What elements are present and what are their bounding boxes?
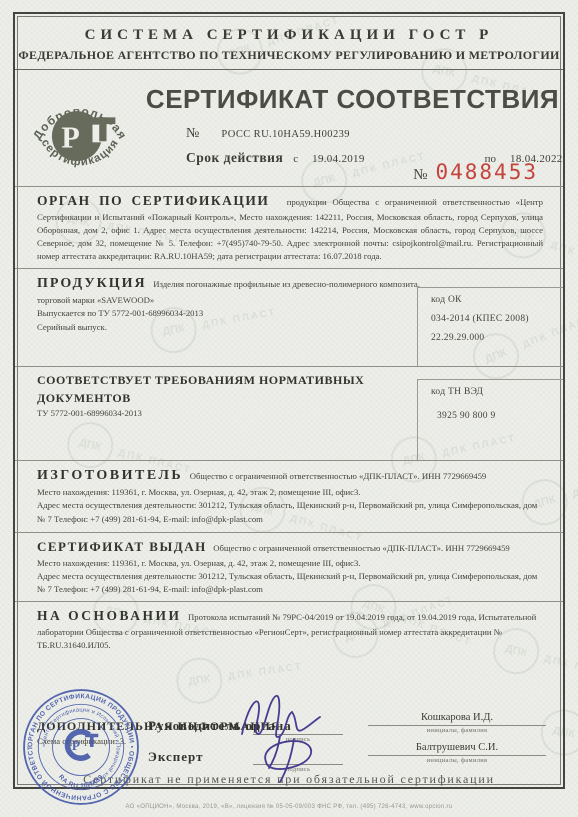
head-name-field: Кошкарова И.Д. инициалы, фамилия	[368, 712, 546, 734]
certification-body-label: ОРГАН ПО СЕРТИФИКАЦИИ	[37, 193, 269, 208]
manufacturer-name: Общество с ограниченной ответственностью…	[190, 471, 487, 481]
section-product: ПРОДУКЦИЯ Изделия погонажные профильные …	[15, 268, 563, 366]
stamp-center-mark: Р	[67, 732, 98, 758]
header: СИСТЕМА СЕРТИФИКАЦИИ ГОСТ Р ФЕДЕРАЛЬНОЕ …	[15, 14, 563, 70]
agency-title: ФЕДЕРАЛЬНОЕ АГЕНТСТВО ПО ТЕХНИЧЕСКОМУ РЕ…	[15, 48, 563, 63]
product-tu-line: Выпускается по ТУ 5772-001-68996034-2013	[37, 307, 425, 320]
expert-name-field: Балтрушевич С.И. инициалы, фамилия	[368, 742, 546, 764]
certification-system-title: СИСТЕМА СЕРТИФИКАЦИИ ГОСТ Р	[15, 27, 563, 44]
code-ok-label: код ОК	[431, 295, 559, 305]
section-certification-body: ОРГАН ПО СЕРТИФИКАЦИИ продукции Общества…	[15, 186, 563, 268]
product-label: ПРОДУКЦИЯ	[37, 276, 147, 291]
manufacturer-activity-address: Адрес места осуществления деятельности: …	[37, 499, 543, 525]
conformity-label: СООТВЕТСТВУЕТ ТРЕБОВАНИЯМ НОРМАТИВНЫХ ДО…	[37, 373, 364, 405]
expert-role-label: Эксперт	[148, 749, 203, 765]
blank-number-row: № 0488453	[413, 160, 538, 184]
certificate-title: СЕРТИФИКАТ СООТВЕТСТВИЯ	[145, 84, 560, 115]
validity-from-label: с	[293, 153, 298, 165]
code-ok-value1: 034-2014 (КПЕС 2008)	[431, 314, 559, 324]
code-tnved-value: 3925 90 800 9	[431, 411, 559, 421]
manufacturer-address: Место нахождения: 119361, г. Москва, ул.…	[37, 486, 543, 499]
validity-from-date: 19.04.2019	[312, 153, 365, 165]
basis-label: НА ОСНОВАНИИ	[37, 608, 181, 623]
section-issued-to: СЕРТИФИКАТ ВЫДАН Общество с ограниченной…	[15, 532, 563, 601]
stamp-inner-text: «Центр Сертификации и Испытаний «Пожарны…	[41, 707, 120, 786]
code-tnved-label: код ТН ВЭД	[431, 387, 559, 397]
product-serial-line: Серийный выпуск.	[37, 321, 425, 334]
number-sign: №	[186, 126, 199, 141]
blank-number: 0488453	[435, 160, 538, 184]
issued-to-name: Общество с ограниченной ответственностью…	[213, 543, 510, 553]
svg-text:«Центр Сертификации и Испытани: «Центр Сертификации и Испытаний «Пожарны…	[41, 707, 120, 786]
expert-signature-ink	[242, 736, 352, 786]
stamp-letter-r: Р	[72, 738, 80, 753]
registration-number: РОСС RU.10НА59.Н00239	[221, 129, 350, 140]
registration-number-row: №РОСС RU.10НА59.Н00239	[186, 126, 350, 142]
validity-label: Срок действия	[186, 150, 283, 166]
manufacturer-label: ИЗГОТОВИТЕЛЬ	[37, 468, 183, 483]
issued-to-activity-address: Адрес места осуществления деятельности: …	[37, 570, 543, 596]
rst-letter-r: Р	[61, 121, 79, 155]
code-ok-box: код ОК 034-2014 (КПЕС 2008) 22.29.29.000	[417, 287, 563, 366]
sections: ОРГАН ПО СЕРТИФИКАЦИИ продукции Общества…	[15, 186, 563, 753]
certification-body-stamp-icon: ОРГАН ПО СЕРТИФИКАЦИИ ПРОДУКЦИИ • ОБЩЕСТ…	[20, 686, 142, 808]
head-name-caption: инициалы, фамилия	[368, 727, 546, 734]
issued-to-address: Место нахождения: 119361, г. Москва, ул.…	[37, 557, 543, 570]
certificate-page: ДПКДПК ПЛАСТДПКДПК ПЛАСТДПКДПК ПЛАСТДПКД…	[0, 0, 578, 817]
section-manufacturer: ИЗГОТОВИТЕЛЬ Общество с ограниченной отв…	[15, 460, 563, 532]
section-basis: НА ОСНОВАНИИ Протокола испытаний № 79РС-…	[15, 601, 563, 667]
code-tnved-box: код ТН ВЭД 3925 90 800 9	[417, 379, 563, 460]
conformity-document: ТУ 5772-001-68996034-2013	[37, 407, 425, 420]
code-ok-value2: 22.29.29.000	[431, 333, 559, 343]
section-conformity: СООТВЕТСТВУЕТ ТРЕБОВАНИЯМ НОРМАТИВНЫХ ДО…	[15, 366, 563, 460]
rst-logo-icon: Добровольная сертификация Р	[28, 82, 132, 186]
blank-number-sign: №	[413, 167, 427, 184]
issued-to-label: СЕРТИФИКАТ ВЫДАН	[37, 539, 207, 554]
head-name: Кошкарова И.Д.	[368, 712, 546, 726]
expert-name-caption: инициалы, фамилия	[368, 757, 546, 764]
expert-name: Балтрушевич С.И.	[368, 742, 546, 756]
